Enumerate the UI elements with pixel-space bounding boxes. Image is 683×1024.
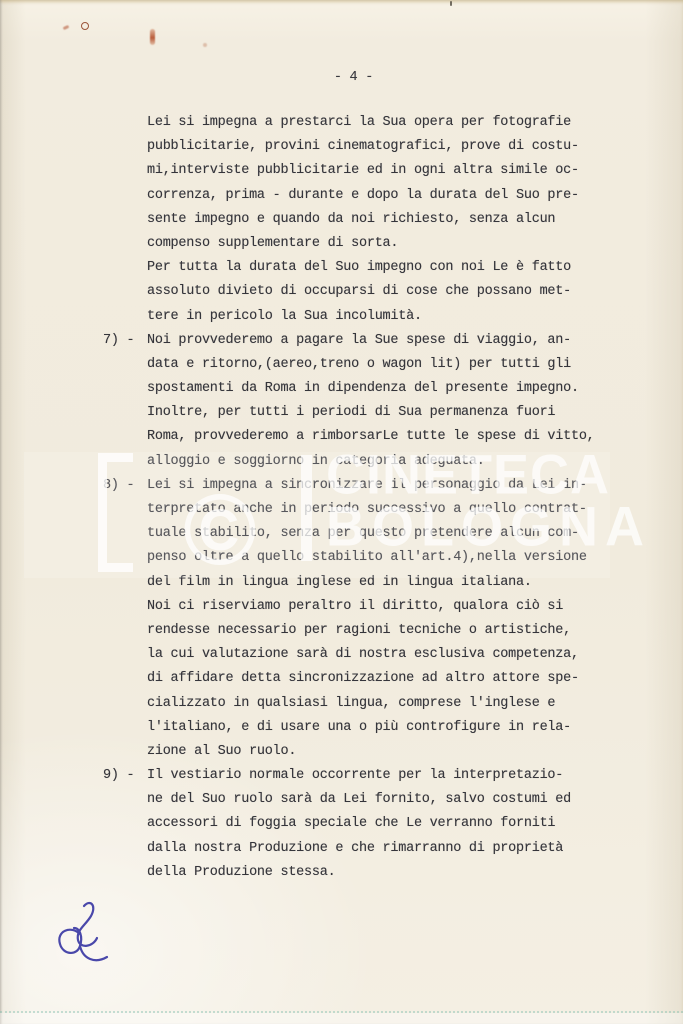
typewritten-line: del film in lingua inglese ed in lingua … — [147, 571, 587, 595]
handwritten-initials-mark — [50, 893, 120, 978]
block-number-label — [103, 111, 147, 135]
typewritten-line: la cui valutazione sarà di nostra esclus… — [147, 643, 587, 667]
typewritten-line: penso oltre a quello stabilito all'art.4… — [147, 546, 587, 570]
typewritten-line: della Produzione stessa. — [147, 861, 571, 885]
typewritten-line: Roma, provvederemo a rimborsarLe tutte l… — [147, 425, 595, 449]
page-number: - 4 - — [12, 70, 683, 85]
typewritten-line: zione al Suo ruolo. — [147, 740, 587, 764]
contract-block: 9) -Il vestiario normale occorrente per … — [103, 764, 595, 885]
typewritten-line: Per tutta la durata del Suo impegno con … — [147, 256, 579, 280]
typewritten-line: tuale stabilito, senza per questo preten… — [147, 522, 587, 546]
typewritten-line: data e ritorno,(aereo,treno o wagon lit)… — [147, 353, 595, 377]
typewritten-line: assoluto divieto di occuparsi di cose ch… — [147, 280, 579, 304]
contract-block: Lei si impegna a prestarci la Sua opera … — [103, 111, 595, 329]
typewritten-line: correnza, prima - durante e dopo la dura… — [147, 184, 579, 208]
block-number-label: 9) - — [103, 764, 147, 788]
typewritten-line: Lei si impegna a sincronizzare il person… — [147, 474, 587, 498]
typewritten-line: spostamenti da Roma in dipendenza del pr… — [147, 377, 595, 401]
typewritten-line: Lei si impegna a prestarci la Sua opera … — [147, 111, 579, 135]
typewritten-line: rendesse necessario per ragioni tecniche… — [147, 619, 587, 643]
typewritten-line: pubblicitarie, provini cinematografici, … — [147, 135, 579, 159]
contract-block: 7) -Noi provvederemo a pagare la Sue spe… — [103, 329, 595, 474]
paper-edge-speck — [450, 1, 452, 6]
typewritten-line: l'italiano, e di usare una o più controf… — [147, 716, 587, 740]
page-bottom-edge — [0, 1013, 683, 1024]
typewritten-line: dalla nostra Produzione e che rimarranno… — [147, 837, 571, 861]
contract-text-body: Lei si impegna a prestarci la Sua opera … — [103, 111, 595, 885]
typewritten-line: cializzato in qualsiasi lingua, comprese… — [147, 692, 587, 716]
typewritten-line: compenso supplementare di sorta. — [147, 232, 579, 256]
typewritten-line: di affidare detta sincronizzazione ad al… — [147, 667, 587, 691]
typewritten-line: sente impegno e quando da noi richiesto,… — [147, 208, 579, 232]
typewritten-line: Il vestiario normale occorrente per la i… — [147, 764, 571, 788]
rust-stain-ring — [81, 22, 89, 30]
typewritten-line: Noi provvederemo a pagare la Sue spese d… — [147, 329, 595, 353]
document-page: - 4 - Lei si impegna a prestarci la Sua … — [0, 0, 683, 1024]
block-number-label: 8) - — [103, 474, 147, 498]
contract-block: 8) -Lei si impegna a sincronizzare il pe… — [103, 474, 595, 764]
rust-stain-faint-dot — [203, 43, 207, 47]
typewritten-line: accessori di foggia speciale che Le verr… — [147, 812, 571, 836]
block-number-label: 7) - — [103, 329, 147, 353]
typewritten-line: ne del Suo ruolo sarà da Lei fornito, sa… — [147, 788, 571, 812]
typewritten-line: alloggio e soggiorno in categoria adegua… — [147, 450, 595, 474]
typewritten-line: terpretato anche in periodo successivo a… — [147, 498, 587, 522]
typewritten-line: tere in pericolo la Sua incolumità. — [147, 305, 579, 329]
rust-stain-vertical-dash — [150, 29, 155, 45]
rust-stain-small-dash — [63, 25, 70, 30]
typewritten-line: mi,interviste pubblicitarie ed in ogni a… — [147, 159, 579, 183]
typewritten-line: Noi ci riserviamo peraltro il diritto, q… — [147, 595, 587, 619]
typewritten-line: Inoltre, per tutti i periodi di Sua perm… — [147, 401, 595, 425]
